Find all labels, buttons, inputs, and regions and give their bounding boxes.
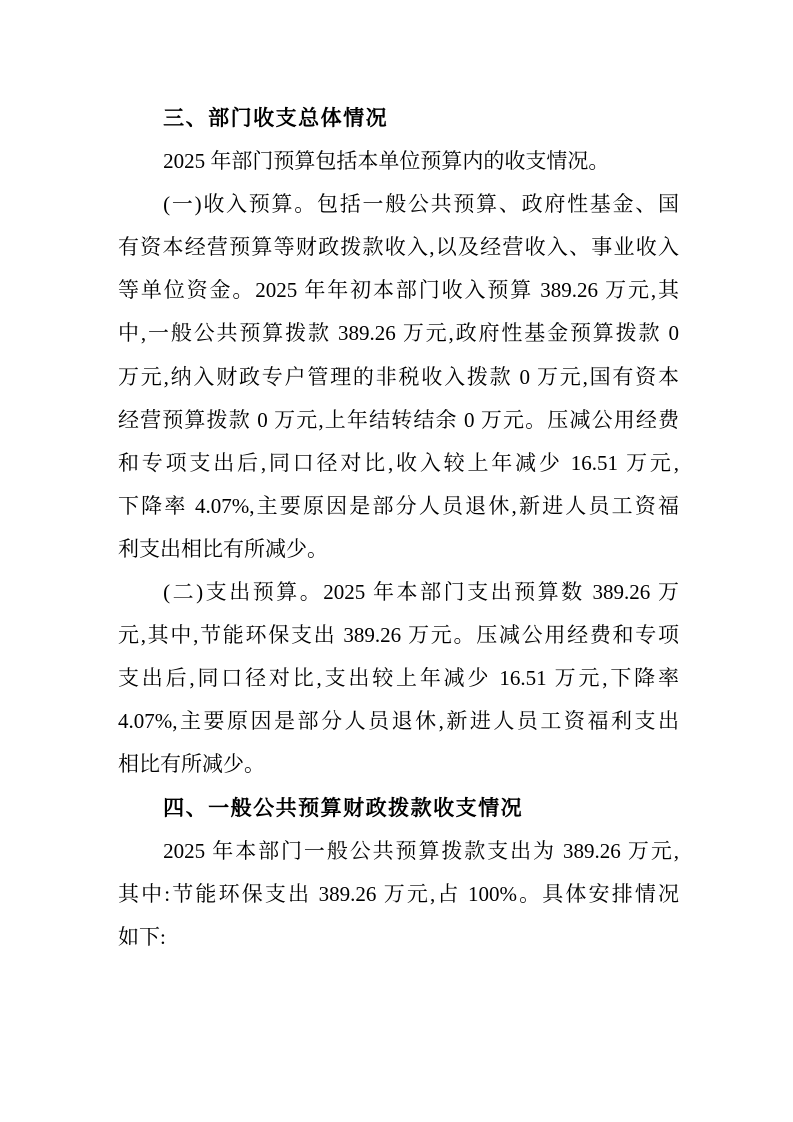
text-line: 如下: (118, 916, 679, 959)
text-line: 经营预算拨款 0 万元,上年结转结余 0 万元。压减公用经费 (118, 399, 679, 442)
section-heading: 四、一般公共预算财政拨款收支情况 (118, 787, 679, 830)
text-line: 和专项支出后,同口径对比,收入较上年减少 16.51 万元, (118, 442, 679, 485)
text-line: 等单位资金。2025 年年初本部门收入预算 389.26 万元,其 (118, 269, 679, 312)
document-page: 三、部门收支总体情况2025 年部门预算包括本单位预算内的收支情况。(一)收入预… (0, 0, 793, 1122)
paragraph: 2025 年部门预算包括本单位预算内的收支情况。 (118, 140, 679, 183)
text-line: 支出后,同口径对比,支出较上年减少 16.51 万元,下降率 (118, 657, 679, 700)
paragraph: (一)收入预算。包括一般公共预算、政府性基金、国有资本经营预算等财政拨款收入,以… (118, 183, 679, 571)
text-line: 4.07%,主要原因是部分人员退休,新进人员工资福利支出 (118, 700, 679, 743)
document-content: 三、部门收支总体情况2025 年部门预算包括本单位预算内的收支情况。(一)收入预… (118, 97, 679, 959)
section-heading: 三、部门收支总体情况 (118, 97, 679, 140)
text-line: 有资本经营预算等财政拨款收入,以及经营收入、事业收入 (118, 226, 679, 269)
heading-line: 四、一般公共预算财政拨款收支情况 (118, 787, 679, 830)
text-line: 2025 年本部门一般公共预算拨款支出为 389.26 万元, (118, 830, 679, 873)
text-line: 2025 年部门预算包括本单位预算内的收支情况。 (118, 140, 679, 183)
text-line: (二)支出预算。2025 年本部门支出预算数 389.26 万 (118, 571, 679, 614)
text-line: 相比有所减少。 (118, 743, 679, 786)
paragraph: (二)支出预算。2025 年本部门支出预算数 389.26 万元,其中,节能环保… (118, 571, 679, 786)
paragraph: 2025 年本部门一般公共预算拨款支出为 389.26 万元,其中:节能环保支出… (118, 830, 679, 959)
text-line: 万元,纳入财政专户管理的非税收入拨款 0 万元,国有资本 (118, 356, 679, 399)
text-line: (一)收入预算。包括一般公共预算、政府性基金、国 (118, 183, 679, 226)
text-line: 下降率 4.07%,主要原因是部分人员退休,新进人员工资福 (118, 485, 679, 528)
text-line: 中,一般公共预算拨款 389.26 万元,政府性基金预算拨款 0 (118, 312, 679, 355)
text-line: 其中:节能环保支出 389.26 万元,占 100%。具体安排情况 (118, 873, 679, 916)
heading-line: 三、部门收支总体情况 (118, 97, 679, 140)
text-line: 利支出相比有所减少。 (118, 528, 679, 571)
text-line: 元,其中,节能环保支出 389.26 万元。压减公用经费和专项 (118, 614, 679, 657)
